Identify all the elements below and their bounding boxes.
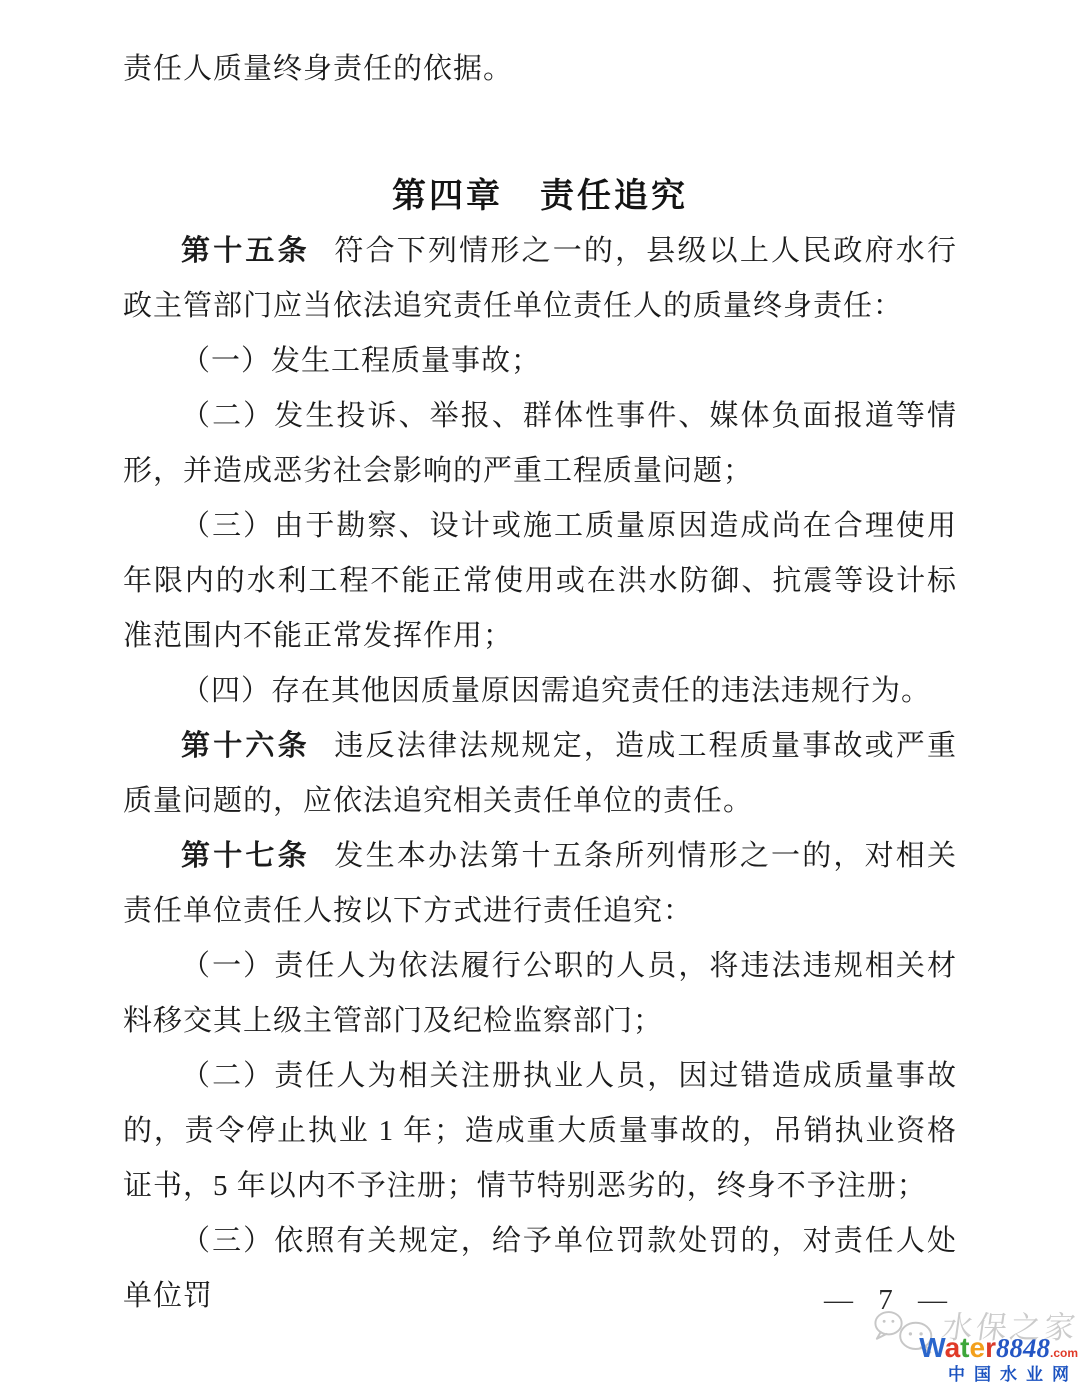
body-paragraph: （一）发生工程质量事故；	[123, 334, 957, 389]
watermark-logo: 水保之家 Water8848.com 中国水业网	[872, 1308, 1078, 1383]
body-paragraph: （二）责任人为相关注册执业人员，因过错造成质量事故的，责令停止执业 1 年；造成…	[123, 1049, 957, 1214]
document-body: 责任人质量终身责任的依据。 第四章 责任追究 第十五条符合下列情形之一的，县级以…	[123, 42, 957, 1324]
paragraph-text: （一）发生工程质量事故；	[181, 345, 541, 377]
watermark-cn-site-name: 中国水业网	[872, 1366, 1078, 1383]
article-number: 第十七条	[181, 840, 310, 872]
paragraph-text: 责任人质量终身责任的依据。	[123, 53, 513, 85]
body-paragraph: （一）责任人为依法履行公职的人员，将违法违规相关材料移交其上级主管部门及纪检监察…	[123, 939, 957, 1049]
body-paragraph: 第十六条违反法律法规规定，造成工程质量事故或严重质量问题的，应依法追究相关责任单…	[123, 719, 957, 829]
paragraph-text: （二）发生投诉、举报、群体性事件、媒体负面报道等情形，并造成恶劣社会影响的严重工…	[123, 400, 957, 487]
body-paragraph: 第十七条发生本办法第十五条所列情形之一的，对相关责任单位责任人按以下方式进行责任…	[123, 829, 957, 939]
paragraph-text: （二）责任人为相关注册执业人员，因过错造成质量事故的，责令停止执业 1 年；造成…	[123, 1060, 957, 1202]
brand-domain-suffix: .com	[1050, 1346, 1078, 1360]
body-paragraph: （四）存在其他因质量原因需追究责任的违法违规行为。	[123, 664, 957, 719]
paragraph-text: （四）存在其他因质量原因需追究责任的违法违规行为。	[181, 675, 931, 707]
body-paragraph: （三）由于勘察、设计或施工质量原因造成尚在合理使用年限内的水利工程不能正常使用或…	[123, 499, 957, 664]
paragraph-text: （一）责任人为依法履行公职的人员，将违法违规相关材料移交其上级主管部门及纪检监察…	[123, 950, 957, 1037]
document-page: 责任人质量终身责任的依据。 第四章 责任追究 第十五条符合下列情形之一的，县级以…	[0, 0, 1080, 1388]
chapter-heading: 第四章 责任追究	[123, 169, 957, 224]
paragraph-text: （三）由于勘察、设计或施工质量原因造成尚在合理使用年限内的水利工程不能正常使用或…	[123, 510, 957, 652]
watermark-site-name-gray: 水保之家	[940, 1312, 1080, 1343]
article-number: 第十六条	[181, 730, 310, 762]
article-number: 第十五条	[181, 235, 310, 267]
body-paragraph: （二）发生投诉、举报、群体性事件、媒体负面报道等情形，并造成恶劣社会影响的严重工…	[123, 389, 957, 499]
body-paragraph: 责任人质量终身责任的依据。	[123, 42, 957, 97]
body-paragraph: 第十五条符合下列情形之一的，县级以上人民政府水行政主管部门应当依法追究责任单位责…	[123, 224, 957, 334]
